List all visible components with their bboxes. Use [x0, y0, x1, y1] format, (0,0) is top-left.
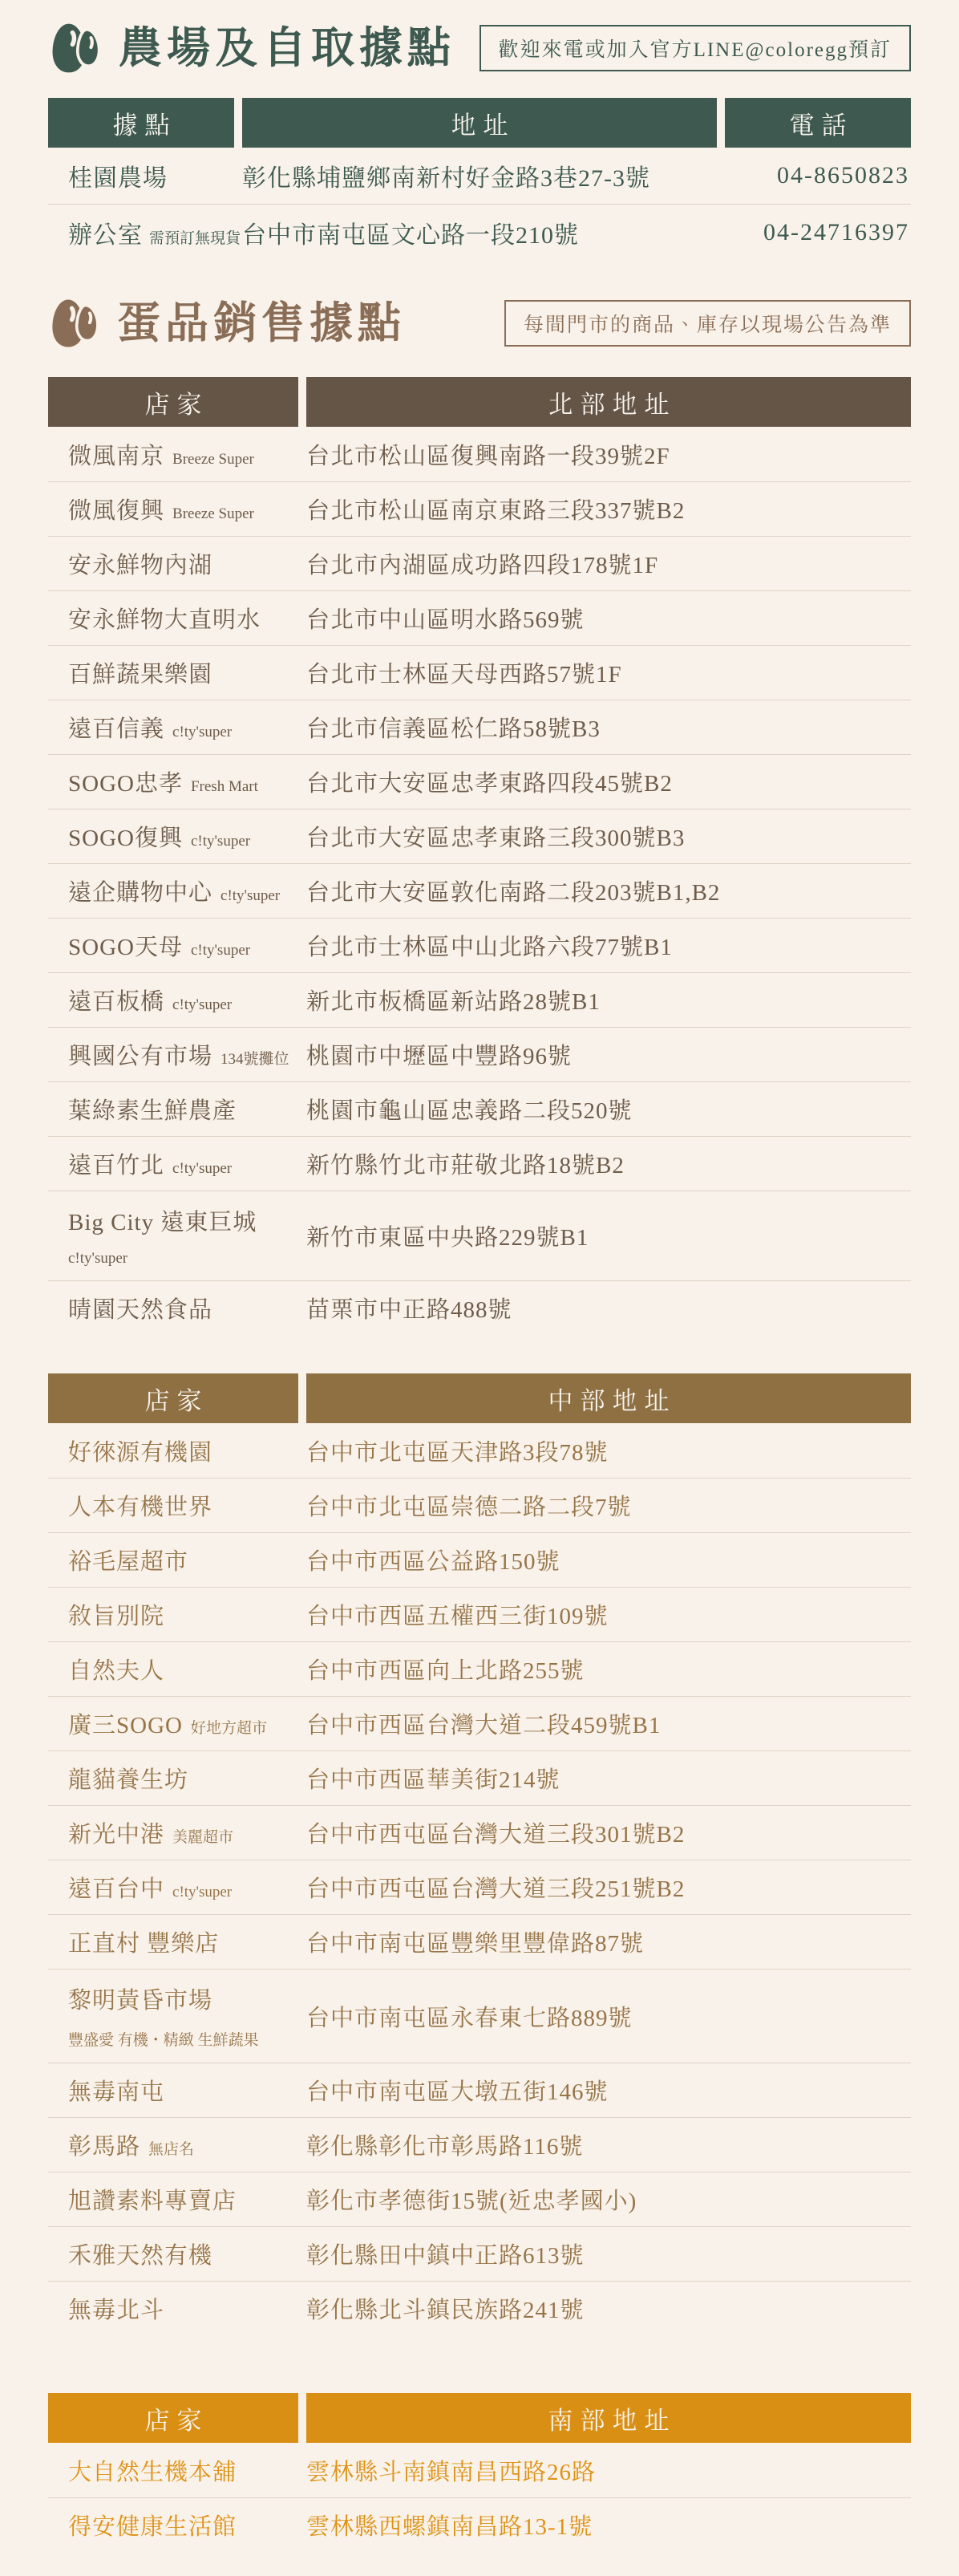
- table-row: 黎明黃昏市場 豐盛愛 有機・精緻 生鮮蔬果 台中市南屯區永春東七路889號: [48, 1969, 911, 2063]
- store-name: 黎明黃昏市場 豐盛愛 有機・精緻 生鮮蔬果: [48, 1982, 298, 2050]
- store-name-text: 遠百信義: [68, 711, 164, 744]
- table-row: 安永鮮物內湖 台北市內湖區成功路四段178號1F: [48, 536, 911, 590]
- store-name-subtext: c!ty'super: [68, 1250, 298, 1268]
- farm-header-address: 地址: [242, 98, 717, 148]
- store-address: 台北市松山區南京東路三段337號B2: [306, 493, 911, 525]
- farm-section-header: 農場及自取據點 歡迎來電或加入官方LINE@coloregg預訂: [48, 19, 911, 77]
- store-name-subtext: 好地方超市: [191, 1716, 267, 1738]
- store-name: 龍貓養生坊: [48, 1762, 298, 1795]
- farm-header-phone: 電話: [725, 98, 911, 148]
- store-name: SOGO天母 c!ty'super: [48, 929, 298, 962]
- store-address: 台北市士林區中山北路六段77號B1: [306, 929, 911, 962]
- double-egg-icon: [48, 295, 103, 351]
- table-row: 安永鮮物大直明水 台北市中山區明水路569號: [48, 590, 911, 645]
- table-row: 百鮮蔬果樂園 台北市士林區天母西路57號1F: [48, 645, 911, 700]
- store-address: 雲林縣斗南鎮南昌西路26路: [306, 2454, 911, 2487]
- store-tables: 店家 北部地址 微風南京 Breeze Super 台北市松山區復興南路一段39…: [48, 377, 911, 2552]
- store-name: 百鮮蔬果樂園: [48, 656, 298, 689]
- store-address: 台北市大安區忠孝東路三段300號B3: [306, 820, 911, 853]
- location-name-text: 辦公室: [68, 215, 143, 250]
- location-name: 辦公室 需預訂無現貨: [48, 215, 234, 250]
- farm-note-box: 歡迎來電或加入官方LINE@coloregg預訂: [479, 25, 911, 71]
- store-name: SOGO忠孝 Fresh Mart: [48, 765, 298, 798]
- page-root: { "farm_section": { "title": "農場及自取據點", …: [0, 0, 959, 2576]
- store-table-header-row: 店家 中部地址: [48, 1373, 911, 1423]
- store-name-text: 興國公有市場: [68, 1038, 212, 1071]
- store-header-shop: 店家: [48, 377, 298, 427]
- table-row: 人本有機世界 台中市北屯區崇德二路二段7號: [48, 1478, 911, 1532]
- store-address: 台中市南屯區永春東七路889號: [306, 2000, 911, 2033]
- store-name-text: 敘旨別院: [68, 1598, 164, 1631]
- store-name-text: Big City 遠東巨城: [68, 1204, 257, 1237]
- store-address: 台中市西區五權西三街109號: [306, 1598, 911, 1631]
- store-name: 安永鮮物大直明水: [48, 602, 298, 635]
- store-name-text: 遠企購物中心: [68, 874, 212, 907]
- table-row: 遠百板橋 c!ty'super 新北市板橋區新站路28號B1: [48, 972, 911, 1027]
- store-name-text: 葉綠素生鮮農產: [68, 1093, 237, 1126]
- store-name: 安永鮮物內湖: [48, 547, 298, 580]
- store-name: Big City 遠東巨城 c!ty'super: [48, 1204, 298, 1268]
- table-row: SOGO忠孝 Fresh Mart 台北市大安區忠孝東路四段45號B2: [48, 754, 911, 809]
- store-name-text: SOGO天母: [68, 929, 183, 962]
- table-row: 旭讚素料專賣店 彰化市孝德街15號(近忠孝國小): [48, 2172, 911, 2226]
- store-table-south: 店家 南部地址 大自然生機本舖 雲林縣斗南鎮南昌西路26路 得安健康生活館 雲林…: [48, 2393, 911, 2552]
- store-address: 台中市南屯區大墩五街146號: [306, 2074, 911, 2107]
- store-name-text: 新光中港: [68, 1816, 164, 1849]
- store-name: 遠企購物中心 c!ty'super: [48, 874, 298, 907]
- store-name-subtext: c!ty'super: [172, 1884, 232, 1901]
- table-row: 彰馬路 無店名 彰化縣彰化市彰馬路116號: [48, 2117, 911, 2172]
- store-header-shop: 店家: [48, 2393, 298, 2443]
- store-address: 新北市板橋區新站路28號B1: [306, 984, 911, 1016]
- store-name: SOGO復興 c!ty'super: [48, 820, 298, 853]
- location-name: 桂園農場: [48, 158, 234, 193]
- store-address: 台中市西屯區台灣大道三段251號B2: [306, 1871, 911, 1904]
- table-row: 辦公室 需預訂無現貨 台中市南屯區文心路一段210號 04-24716397: [48, 204, 911, 260]
- store-name-text: 自然夫人: [68, 1653, 164, 1686]
- store-name-text: 無毒北斗: [68, 2292, 164, 2325]
- store-table-body: 微風南京 Breeze Super 台北市松山區復興南路一段39號2F 微風復興…: [48, 427, 911, 1335]
- table-row: 興國公有市場 134號攤位 桃園市中壢區中豐路96號: [48, 1027, 911, 1081]
- table-row: 禾雅天然有機 彰化縣田中鎮中正路613號: [48, 2226, 911, 2281]
- store-address: 台北市松山區復興南路一段39號2F: [306, 438, 911, 471]
- store-address: 彰化市孝德街15號(近忠孝國小): [306, 2183, 911, 2216]
- store-name-text: 遠百台中: [68, 1871, 164, 1904]
- store-name-text: 得安健康生活館: [68, 2509, 237, 2542]
- store-address: 彰化縣彰化市彰馬路116號: [306, 2128, 911, 2161]
- store-name-subtext: Fresh Mart: [191, 778, 258, 796]
- store-address: 新竹縣竹北市莊敬北路18號B2: [306, 1147, 911, 1180]
- store-name-subtext: c!ty'super: [191, 833, 250, 850]
- store-address: 雲林縣西螺鎮南昌路13-1號: [306, 2509, 911, 2542]
- farm-section: 農場及自取據點 歡迎來電或加入官方LINE@coloregg預訂 據點 地址 電…: [48, 19, 911, 260]
- store-table-body: 好徠源有機園 台中市北屯區天津路3段78號 人本有機世界 台中市北屯區崇德二路二…: [48, 1423, 911, 2335]
- store-name-text: SOGO復興: [68, 820, 183, 853]
- store-name: 遠百竹北 c!ty'super: [48, 1147, 298, 1180]
- table-row: 遠百竹北 c!ty'super 新竹縣竹北市莊敬北路18號B2: [48, 1136, 911, 1191]
- table-row: 晴園天然食品 苗栗市中正路488號: [48, 1280, 911, 1335]
- location-address: 台中市南屯區文心路一段210號: [242, 215, 717, 250]
- store-name-text: 大自然生機本舖: [68, 2454, 237, 2487]
- store-name: 新光中港 美麗超市: [48, 1816, 298, 1849]
- location-name-text: 桂園農場: [68, 158, 168, 193]
- store-name: 好徠源有機園: [48, 1434, 298, 1467]
- table-row: 自然夫人 台中市西區向上北路255號: [48, 1641, 911, 1696]
- store-address: 桃園市龜山區忠義路二段520號: [306, 1093, 911, 1126]
- store-address: 新竹市東區中央路229號B1: [306, 1219, 911, 1252]
- store-name-subtext: c!ty'super: [172, 724, 232, 741]
- store-name-subtext: c!ty'super: [221, 887, 280, 905]
- store-address: 台中市西區公益路150號: [306, 1544, 911, 1576]
- store-name-text: 好徠源有機園: [68, 1434, 212, 1467]
- retail-section-header: 蛋品銷售據點 每間門市的商品、庫存以現場公告為準: [48, 295, 911, 351]
- store-name: 禾雅天然有機: [48, 2237, 298, 2270]
- farm-table: 據點 地址 電話 桂園農場 彰化縣埔鹽鄉南新村好金路3巷27-3號 04-865…: [48, 98, 911, 260]
- store-header-shop: 店家: [48, 1373, 298, 1423]
- table-row: 廣三SOGO 好地方超市 台中市西區台灣大道二段459號B1: [48, 1696, 911, 1750]
- table-row: 無毒南屯 台中市南屯區大墩五街146號: [48, 2063, 911, 2117]
- store-name: 自然夫人: [48, 1653, 298, 1686]
- store-table-body: 大自然生機本舖 雲林縣斗南鎮南昌西路26路 得安健康生活館 雲林縣西螺鎮南昌路1…: [48, 2443, 911, 2552]
- store-name-subtext: Breeze Super: [172, 505, 254, 523]
- store-address: 台中市西區華美街214號: [306, 1762, 911, 1795]
- store-name: 遠百信義 c!ty'super: [48, 711, 298, 744]
- store-name: 遠百板橋 c!ty'super: [48, 984, 298, 1016]
- store-name-text: 安永鮮物大直明水: [68, 602, 261, 635]
- store-name-subtext: 無店名: [148, 2137, 194, 2159]
- store-name: 得安健康生活館: [48, 2509, 298, 2542]
- store-address: 台北市大安區忠孝東路四段45號B2: [306, 765, 911, 798]
- retail-section: 蛋品銷售據點 每間門市的商品、庫存以現場公告為準 店家 北部地址 微風南京 Br…: [48, 295, 911, 2552]
- table-row: 龍貓養生坊 台中市西區華美街214號: [48, 1750, 911, 1805]
- store-name: 廣三SOGO 好地方超市: [48, 1707, 298, 1740]
- store-address: 台中市南屯區豐樂里豐偉路87號: [306, 1925, 911, 1958]
- store-name: 旭讚素料專賣店: [48, 2183, 298, 2216]
- store-name-text: 百鮮蔬果樂園: [68, 656, 212, 689]
- table-row: 大自然生機本舖 雲林縣斗南鎮南昌西路26路: [48, 2443, 911, 2497]
- table-row: 遠百台中 c!ty'super 台中市西屯區台灣大道三段251號B2: [48, 1860, 911, 1914]
- table-row: 葉綠素生鮮農產 桃園市龜山區忠義路二段520號: [48, 1081, 911, 1136]
- store-address: 台中市北屯區崇德二路二段7號: [306, 1489, 911, 1522]
- store-name-text: 禾雅天然有機: [68, 2237, 212, 2270]
- store-name-text: 黎明黃昏市場: [68, 1982, 212, 2015]
- store-header-address: 中部地址: [306, 1373, 911, 1423]
- table-row: SOGO復興 c!ty'super 台北市大安區忠孝東路三段300號B3: [48, 809, 911, 863]
- store-address: 台中市西區台灣大道二段459號B1: [306, 1707, 911, 1740]
- table-row: Big City 遠東巨城 c!ty'super 新竹市東區中央路229號B1: [48, 1191, 911, 1280]
- location-name-note: 需預訂無現貨: [149, 226, 241, 248]
- table-row: 正直村 豐樂店 台中市南屯區豐樂里豐偉路87號: [48, 1914, 911, 1969]
- farm-section-title: 農場及自取據點: [119, 22, 455, 75]
- table-row: 新光中港 美麗超市 台中市西屯區台灣大道三段301號B2: [48, 1805, 911, 1860]
- farm-header-location: 據點: [48, 98, 234, 148]
- store-name: 彰馬路 無店名: [48, 2128, 298, 2161]
- store-header-address: 北部地址: [306, 377, 911, 427]
- location-address: 彰化縣埔鹽鄉南新村好金路3巷27-3號: [242, 158, 717, 193]
- table-row: 桂園農場 彰化縣埔鹽鄉南新村好金路3巷27-3號 04-8650823: [48, 148, 911, 204]
- store-name: 晴園天然食品: [48, 1292, 298, 1325]
- store-address: 台中市西區向上北路255號: [306, 1653, 911, 1686]
- store-name-subtext: c!ty'super: [191, 942, 250, 959]
- store-name-subtext: Breeze Super: [172, 451, 254, 469]
- store-name: 葉綠素生鮮農產: [48, 1093, 298, 1126]
- table-row: 遠企購物中心 c!ty'super 台北市大安區敦化南路二段203號B1,B2: [48, 863, 911, 918]
- store-name: 無毒北斗: [48, 2292, 298, 2325]
- table-row: 得安健康生活館 雲林縣西螺鎮南昌路13-1號: [48, 2497, 911, 2552]
- store-name-text: 遠百板橋: [68, 984, 164, 1016]
- table-row: 微風復興 Breeze Super 台北市松山區南京東路三段337號B2: [48, 481, 911, 536]
- store-table-central: 店家 中部地址 好徠源有機園 台中市北屯區天津路3段78號 人本有機世界 台中市…: [48, 1373, 911, 2335]
- store-address: 台北市中山區明水路569號: [306, 602, 911, 635]
- store-name-text: 遠百竹北: [68, 1147, 164, 1180]
- store-address: 台北市內湖區成功路四段178號1F: [306, 547, 911, 580]
- store-name-text: 正直村 豐樂店: [68, 1925, 219, 1958]
- store-name: 敘旨別院: [48, 1598, 298, 1631]
- double-egg-icon: [48, 19, 104, 77]
- store-name-subtext: 美麗超市: [172, 1825, 233, 1847]
- table-row: 敘旨別院 台中市西區五權西三街109號: [48, 1587, 911, 1641]
- table-row: 裕毛屋超市 台中市西區公益路150號: [48, 1532, 911, 1587]
- store-table-header-row: 店家 南部地址: [48, 2393, 911, 2443]
- store-address: 台北市士林區天母西路57號1F: [306, 656, 911, 689]
- store-address: 台中市西屯區台灣大道三段301號B2: [306, 1816, 911, 1849]
- store-name: 正直村 豐樂店: [48, 1925, 298, 1958]
- store-address: 台北市信義區松仁路58號B3: [306, 711, 911, 744]
- store-table-north: 店家 北部地址 微風南京 Breeze Super 台北市松山區復興南路一段39…: [48, 377, 911, 1335]
- store-name-text: 人本有機世界: [68, 1489, 212, 1522]
- retail-note-box: 每間門市的商品、庫存以現場公告為準: [504, 300, 911, 347]
- store-address: 台北市大安區敦化南路二段203號B1,B2: [306, 874, 911, 907]
- content-wrapper: 農場及自取據點 歡迎來電或加入官方LINE@coloregg預訂 據點 地址 電…: [48, 0, 911, 2576]
- store-address: 彰化縣北斗鎮民族路241號: [306, 2292, 911, 2325]
- store-name: 人本有機世界: [48, 1489, 298, 1522]
- store-address: 苗栗市中正路488號: [306, 1292, 911, 1325]
- store-name: 興國公有市場 134號攤位: [48, 1038, 298, 1071]
- table-row: 遠百信義 c!ty'super 台北市信義區松仁路58號B3: [48, 700, 911, 754]
- store-name-subtext: 豐盛愛 有機・精緻 生鮮蔬果: [68, 2028, 298, 2050]
- store-name: 遠百台中 c!ty'super: [48, 1871, 298, 1904]
- store-name: 大自然生機本舖: [48, 2454, 298, 2487]
- store-name-text: 無毒南屯: [68, 2074, 164, 2107]
- store-name: 裕毛屋超市: [48, 1544, 298, 1576]
- store-name-text: 晴園天然食品: [68, 1292, 212, 1325]
- store-name-text: 安永鮮物內湖: [68, 547, 212, 580]
- store-table-header-row: 店家 北部地址: [48, 377, 911, 427]
- table-row: 好徠源有機園 台中市北屯區天津路3段78號: [48, 1423, 911, 1478]
- store-name-subtext: c!ty'super: [172, 996, 232, 1014]
- store-name-text: 微風南京: [68, 438, 164, 471]
- store-name-subtext: c!ty'super: [172, 1160, 232, 1178]
- store-name-subtext: 134號攤位: [221, 1047, 289, 1069]
- store-name-text: 微風復興: [68, 493, 164, 525]
- store-address: 彰化縣田中鎮中正路613號: [306, 2237, 911, 2270]
- store-address: 桃園市中壢區中豐路96號: [306, 1038, 911, 1071]
- store-name-text: 彰馬路: [68, 2128, 140, 2161]
- store-name: 無毒南屯: [48, 2074, 298, 2107]
- location-phone: 04-24716397: [725, 219, 911, 246]
- location-phone: 04-8650823: [725, 162, 911, 189]
- store-name: 微風南京 Breeze Super: [48, 438, 298, 471]
- store-name-text: 龍貓養生坊: [68, 1762, 188, 1795]
- store-name-text: 旭讚素料專賣店: [68, 2183, 237, 2216]
- store-name: 微風復興 Breeze Super: [48, 493, 298, 525]
- store-name-text: SOGO忠孝: [68, 765, 183, 798]
- table-row: 微風南京 Breeze Super 台北市松山區復興南路一段39號2F: [48, 427, 911, 481]
- farm-table-header-row: 據點 地址 電話: [48, 98, 911, 148]
- table-row: SOGO天母 c!ty'super 台北市士林區中山北路六段77號B1: [48, 918, 911, 972]
- store-address: 台中市北屯區天津路3段78號: [306, 1434, 911, 1467]
- store-name-text: 廣三SOGO: [68, 1707, 183, 1740]
- store-name-text: 裕毛屋超市: [68, 1544, 188, 1576]
- store-header-address: 南部地址: [306, 2393, 911, 2443]
- retail-section-title: 蛋品銷售據點: [117, 298, 406, 350]
- table-row: 無毒北斗 彰化縣北斗鎮民族路241號: [48, 2281, 911, 2335]
